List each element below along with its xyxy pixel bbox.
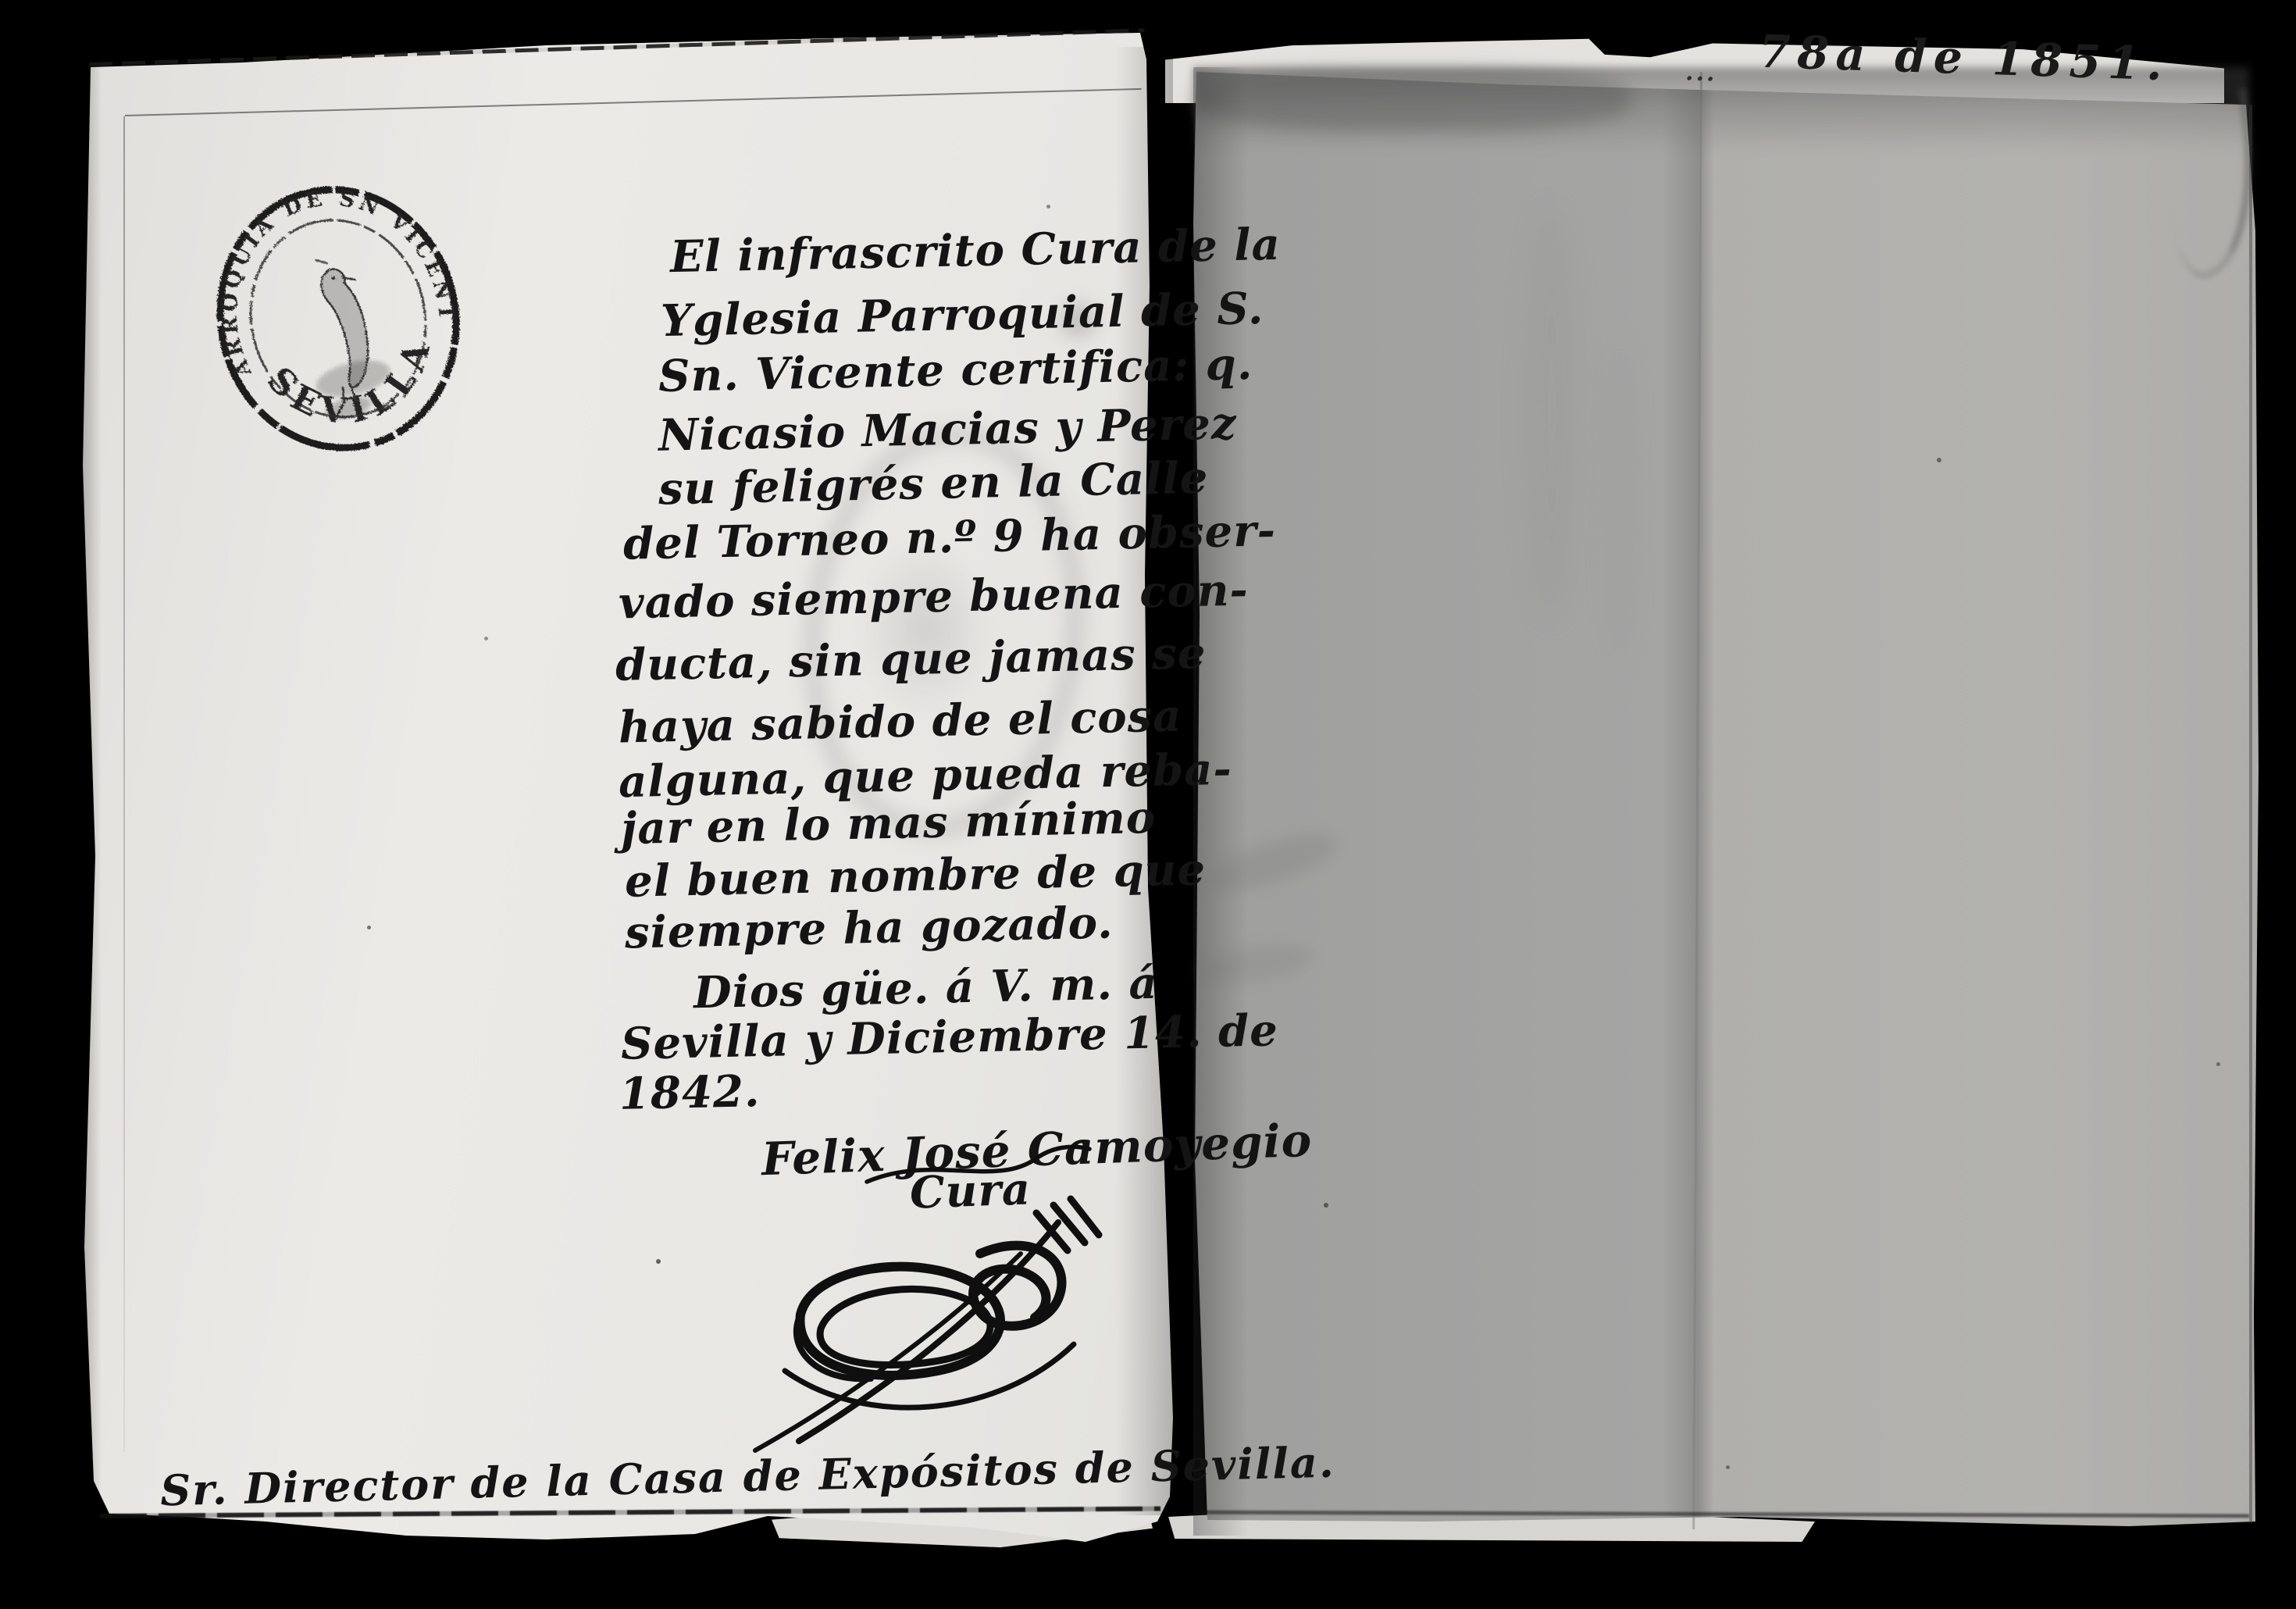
paper-speck [1726, 1465, 1730, 1469]
paper-speck [656, 1259, 661, 1264]
manuscript-line: siempre ha gozado. [624, 897, 1114, 958]
right-page-right-edge [2249, 105, 2252, 1523]
corner-note-prefix: ··· [1685, 65, 1717, 93]
scanned-book-spread: PARROQUIA DE SN VICENTE SEVILLA El infra… [0, 0, 2296, 1609]
soft-streak [1603, 336, 1638, 664]
inner-sheet-edge-vertical [123, 116, 125, 1452]
paper-speck [1937, 458, 1941, 462]
right-page [1192, 67, 2262, 1536]
paper-speck [367, 926, 371, 929]
manuscript-line: 1842. [619, 1065, 761, 1120]
bleed-through-smudge [859, 539, 992, 719]
paper-speck [484, 637, 488, 640]
left-page-left-shadow [78, 31, 102, 1547]
paper-speck [1324, 1203, 1328, 1208]
soft-streak [1524, 203, 1579, 625]
signature-rubric [668, 1113, 1152, 1465]
paper-speck [1046, 205, 1050, 209]
paper-speck [2216, 1062, 2220, 1066]
water-stain-blob [1193, 67, 1631, 131]
